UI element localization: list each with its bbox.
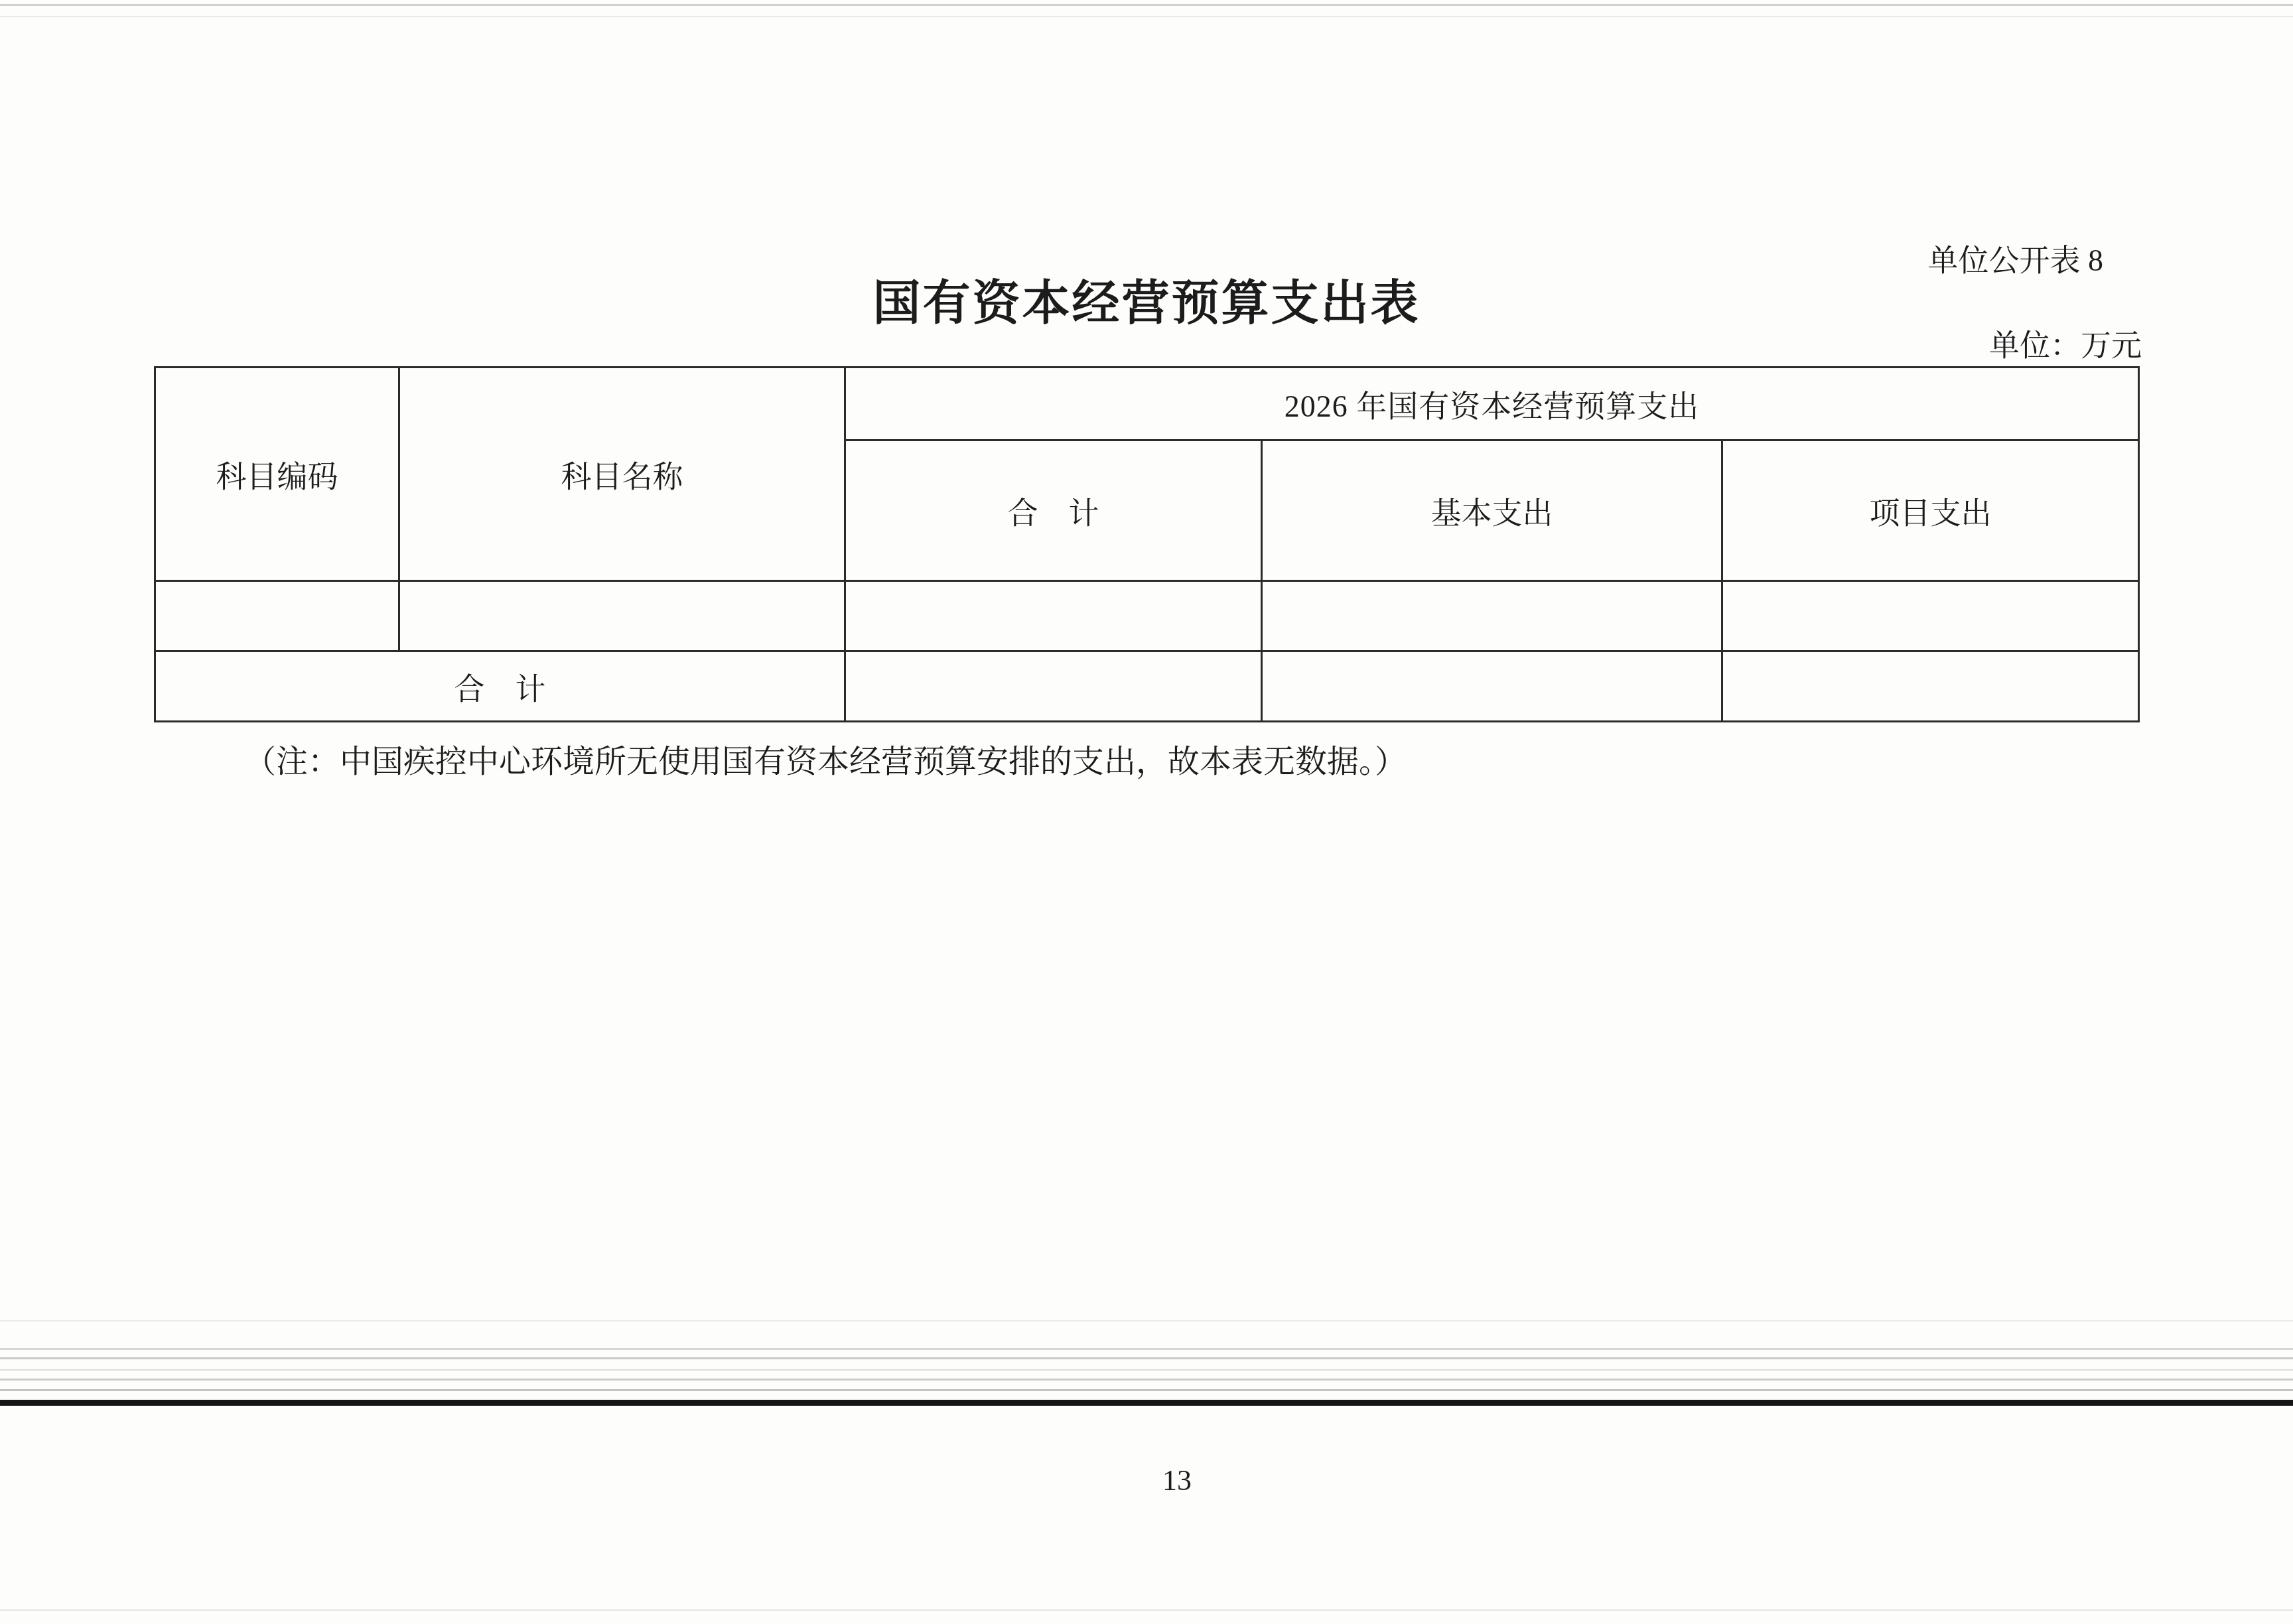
scan-artifact-line (0, 1609, 2293, 1611)
cell-code (155, 581, 399, 651)
cell-name (399, 581, 845, 651)
scan-artifact-line (0, 1320, 2293, 1321)
scan-artifact-line (0, 1357, 2293, 1359)
scanned-document-page: 单位公开表 8 国有资本经营预算支出表 单位：万元 科目编码 科目名称 2026… (0, 0, 2293, 1624)
page-number: 13 (1162, 1465, 1192, 1497)
table-total-row: 合 计 (155, 651, 2139, 722)
table-row (155, 581, 2139, 651)
scan-artifact-line (0, 1389, 2293, 1391)
scan-artifact-line (0, 16, 2293, 17)
header-project: 项目支出 (1722, 440, 2139, 581)
total-cell-project (1722, 651, 2139, 722)
header-basic: 基本支出 (1262, 440, 1722, 581)
total-row-label: 合 计 (155, 651, 845, 722)
table-footnote: （注：中国疾控中心环境所无使用国有资本经营预算安排的支出，故本表无数据。） (244, 743, 1407, 781)
footer-rule-line (0, 1400, 2293, 1406)
form-number-label: 单位公开表 8 (1928, 244, 2104, 278)
budget-expenditure-table: 科目编码 科目名称 2026 年国有资本经营预算支出 合 计 基本支出 项目支出… (154, 366, 2140, 722)
table-header-row-1: 科目编码 科目名称 2026 年国有资本经营预算支出 (155, 368, 2139, 440)
total-cell-basic (1262, 651, 1722, 722)
scan-artifact-line (0, 1369, 2293, 1371)
cell-project (1722, 581, 2139, 651)
header-year-group: 2026 年国有资本经营预算支出 (845, 368, 2139, 440)
total-cell-total (845, 651, 1262, 722)
header-total: 合 计 (845, 440, 1262, 581)
scan-artifact-line (0, 1348, 2293, 1350)
scan-artifact-line (0, 1379, 2293, 1381)
header-subject-name: 科目名称 (399, 368, 845, 581)
header-subject-code: 科目编码 (155, 368, 399, 581)
page-title: 国有资本经营预算支出表 (0, 276, 2293, 331)
scan-artifact-line (0, 4, 2293, 6)
cell-basic (1262, 581, 1722, 651)
unit-of-measure-label: 单位：万元 (1989, 329, 2142, 363)
cell-total (845, 581, 1262, 651)
